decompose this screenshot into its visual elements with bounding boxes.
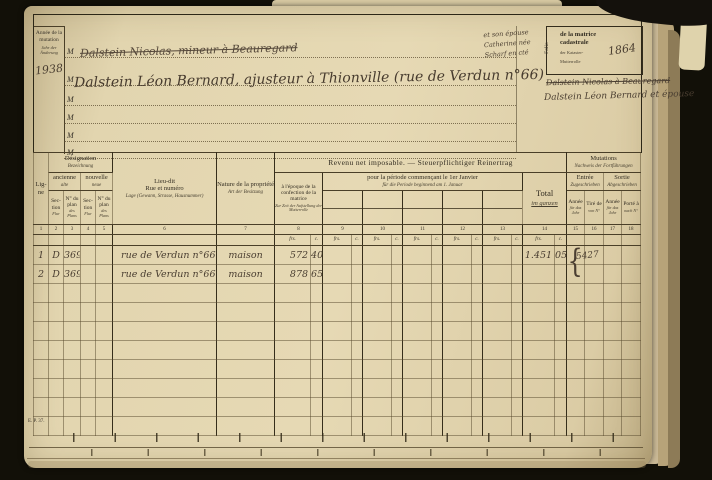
row-lieu-dit: rue de Verdun n°66 <box>113 246 217 265</box>
col-header-epoque: à l'époque de la confection de la matric… <box>275 173 323 225</box>
sortie-label-de: Abgeschrieben <box>604 183 640 189</box>
parcel-row: 1 D 369 rue de Verdun n°66 maison 572 40… <box>34 246 641 265</box>
row-section: D <box>49 246 64 265</box>
unit-c: c. <box>432 235 443 246</box>
periode-label-de: für die Periode beginnend am 1. Januar <box>323 183 522 189</box>
sheet-edge <box>29 447 643 448</box>
col-header-entree-tire: Tiré de von N° <box>585 191 604 225</box>
entree-label-de: Zugeschrieben <box>567 183 603 189</box>
lieu-label-fr2: Rue et numéro <box>113 185 216 192</box>
ligne-label: Lig- <box>34 181 48 188</box>
col-header-nouvelle: nouvelle neue <box>81 173 113 191</box>
folio-box: Folio de la matrice cadastrale der Katas… <box>546 26 643 75</box>
row-ligne: 2 <box>34 265 49 284</box>
row-revenu-c: 40 <box>311 246 323 265</box>
row-lieu-dit: rue de Verdun n°66 <box>113 265 217 284</box>
unit-c: c. <box>311 235 323 246</box>
plan-label-fr: N° du plan <box>96 196 112 209</box>
empty-row <box>34 341 641 360</box>
total-label-fr: Total <box>523 189 566 199</box>
nature-label-de: Art der Besitzung <box>217 190 274 196</box>
cadastral-register-scan: Année de la mutation Jahr der Änderung 1… <box>0 0 712 480</box>
folio-label-de2: Mutterrolle <box>560 59 596 65</box>
col-header-lieu-dit: Lieu-dit Rue et numéro Lage (Gewann, Str… <box>113 153 217 225</box>
col-header-plan-anc: N° du plan des Plans <box>64 191 81 225</box>
mutation-year-box: Année de la mutation Jahr der Änderung 1… <box>34 26 65 154</box>
unit-frs: frs. <box>323 235 352 246</box>
col-number: 1 <box>34 225 49 235</box>
row-plan: 369 <box>64 265 81 284</box>
col-header-sortie: Sortie Abgeschrieben <box>604 173 641 191</box>
col-header-plan-nouv: N° du plan des Plans <box>96 191 113 225</box>
row-total-c: 05 <box>555 246 567 265</box>
total-label-de: im ganzen <box>523 200 566 207</box>
unit-frs: frs. <box>443 235 472 246</box>
empty-row <box>34 322 641 341</box>
row-section: D <box>49 265 64 284</box>
nouvelle-label-fr: nouvelle <box>81 174 112 181</box>
mutations-label-fr: Mutations <box>567 155 640 162</box>
row-revenu-frs: 878 <box>275 265 311 284</box>
col-number: 6 <box>113 225 217 235</box>
lieu-label-de: Lage (Gewann, Strasse, Hausnummer) <box>113 194 216 200</box>
header-divider <box>516 26 517 153</box>
col-number: 9 <box>323 225 363 235</box>
empty-row <box>34 379 641 398</box>
ancienne-label-fr: ancienne <box>49 174 80 181</box>
annee-label-de: für das Jahr <box>567 206 584 216</box>
col-header-designation: Désignation Bezeichnung <box>49 153 113 173</box>
col-number: 3 <box>64 225 81 235</box>
parcel-table-grid: Lig- ne Désignation Bezeichnung Lieu-dit… <box>33 152 641 436</box>
folio-side-label: Folio <box>544 42 550 54</box>
entree-label-fr: Entrée <box>567 174 603 181</box>
plan-label-fr: N° du plan <box>64 196 80 209</box>
under-sheet-line-stubs <box>33 433 640 442</box>
owner-line: M <box>64 123 516 142</box>
period-year-box <box>443 191 483 225</box>
folio-label-de1: der Kataster- <box>560 50 596 56</box>
unit-c: c. <box>392 235 403 246</box>
empty-row <box>34 303 641 322</box>
row-nature: maison <box>217 265 275 284</box>
owner-line: M <box>64 105 516 124</box>
col-number: 17 <box>604 225 622 235</box>
section-label-de: Flur <box>49 212 63 217</box>
monsieur-prefix: M <box>67 113 74 122</box>
sheet-edge <box>27 458 645 459</box>
owner-header: Année de la mutation Jahr der Änderung 1… <box>33 14 642 153</box>
col-header-mutations: Mutations Nachweis der Fortführungen <box>567 153 641 173</box>
col-header-entree-annee: Année für das Jahr <box>567 191 585 225</box>
parcel-row: 2 D 369 rue de Verdun n°66 maison 878 65 <box>34 265 641 284</box>
under-sheet-line-stubs <box>36 449 636 456</box>
col-header-revenu-band: Revenu net imposable. — Steuerpflichtige… <box>275 153 567 173</box>
row-ligne: 1 <box>34 246 49 265</box>
section-label-fr: Sec-tion <box>81 198 95 211</box>
register-page: Année de la mutation Jahr der Änderung 1… <box>24 6 652 468</box>
col-header-section-anc: Sec-tion Flur <box>49 191 64 225</box>
folio-label-fr1: de la matrice <box>560 31 596 39</box>
col-number: 16 <box>585 225 604 235</box>
owner-line: M Dalstein Léon Bernard, ajusteur à Thio… <box>64 57 516 86</box>
monsieur-prefix: M <box>67 47 74 56</box>
mutation-year-label-fr: Année de la mutation <box>34 30 64 43</box>
mutation-year-value: 1938 <box>33 62 64 78</box>
col-number: 13 <box>483 225 523 235</box>
empty-row <box>34 360 641 379</box>
monsieur-prefix: M <box>67 95 74 104</box>
lieu-label-fr1: Lieu-dit <box>113 178 216 185</box>
tire-label-fr: Tiré de <box>585 201 603 207</box>
col-header-entree: Entrée Zugeschrieben <box>567 173 604 191</box>
designation-label-de: Bezeichnung <box>49 164 112 170</box>
row-revenu-frs: 572 <box>275 246 311 265</box>
unit-c: c. <box>512 235 523 246</box>
col-number: 10 <box>363 225 403 235</box>
folio-label-fr2: cadastrale <box>560 39 596 47</box>
unit-frs: frs. <box>483 235 512 246</box>
col-header-sortie-annee: Année für das Jahr <box>604 191 622 225</box>
porte-label-fr: Porté à <box>622 201 640 207</box>
tire-label-de: von N° <box>585 209 603 214</box>
porte-label-de: nach N° <box>622 209 640 214</box>
col-number: 12 <box>443 225 483 235</box>
period-year-box <box>323 191 363 225</box>
row-revenu-c: 65 <box>311 265 323 284</box>
col-header-ligne: Lig- ne <box>34 153 49 225</box>
parcel-table: Lig- ne Désignation Bezeichnung Lieu-dit… <box>33 152 640 436</box>
empty-row <box>34 398 641 417</box>
monsieur-prefix: M <box>67 75 74 84</box>
ligne-label: ne <box>34 189 48 196</box>
col-header-total: Total im ganzen <box>523 173 567 225</box>
period-year-box <box>363 191 403 225</box>
col-number: 5 <box>96 225 113 235</box>
monsieur-prefix: M <box>67 131 74 140</box>
col-number: 8 <box>275 225 323 235</box>
periode-label-fr: pour la période commençant le 1er Janvie… <box>323 174 522 181</box>
col-header-ancienne: ancienne alte <box>49 173 81 191</box>
plan-label-de: des Plans <box>96 209 112 219</box>
plan-label-de: des Plans <box>64 209 80 219</box>
folio-number: 1864 <box>607 41 637 58</box>
row-nature: maison <box>217 246 275 265</box>
row-total-frs: 1.451 <box>523 246 555 265</box>
unit-c: c. <box>555 235 567 246</box>
col-header-sortie-porte: Porté à nach N° <box>622 191 641 225</box>
unit-c: c. <box>472 235 483 246</box>
sheet-edge-band <box>28 461 646 468</box>
section-label-fr: Sec-tion <box>49 198 63 211</box>
row-plan: 369 <box>64 246 81 265</box>
col-header-periode: pour la période commençant le 1er Janvie… <box>323 173 523 191</box>
col-number: 2 <box>49 225 64 235</box>
column-number-row: 1 2 3 4 5 6 7 8 9 10 11 12 13 14 15 16 1 <box>34 225 641 235</box>
unit-frs: frs. <box>275 235 311 246</box>
ancienne-label-de: alte <box>49 183 80 189</box>
unit-c: c. <box>352 235 363 246</box>
period-year-box <box>483 191 523 225</box>
empty-row <box>34 284 641 303</box>
epoque-label-de: Zur Zeit der Aufstellung der Mutterrolle <box>275 204 322 214</box>
unit-frs: frs. <box>403 235 432 246</box>
col-number: 7 <box>217 225 275 235</box>
col-number: 15 <box>567 225 585 235</box>
designation-label-fr: Désignation <box>49 155 112 162</box>
annee-label-de: für das Jahr <box>604 206 621 216</box>
epoque-label-fr: à l'époque de la confection de la matric… <box>275 184 322 203</box>
mutations-label-de: Nachweis der Fortführungen <box>567 164 640 170</box>
col-number: 18 <box>622 225 641 235</box>
sortie-label-fr: Sortie <box>604 174 640 181</box>
printer-mark: E. P. 37. <box>28 419 45 424</box>
unit-frs: frs. <box>363 235 392 246</box>
section-label-de: Flur <box>81 212 95 217</box>
mutation-year-label-de: Jahr der Änderung <box>34 45 64 55</box>
owner-line: M <box>64 85 516 106</box>
col-header-section-nouv: Sec-tion Flur <box>81 191 96 225</box>
col-number: 4 <box>81 225 96 235</box>
col-number: 11 <box>403 225 443 235</box>
nature-label-fr: Nature de la propriété <box>217 181 274 188</box>
folio-labels: de la matrice cadastrale der Kataster- M… <box>560 31 596 65</box>
col-header-nature: Nature de la propriété Art der Besitzung <box>217 153 275 225</box>
period-year-box <box>403 191 443 225</box>
col-number: 14 <box>523 225 567 235</box>
units-row: frs. c. frs. c. frs. c. frs. c. frs. c. … <box>34 235 641 246</box>
owner-line: M Dalstein Nicolas, mineur à Beauregard <box>64 33 516 58</box>
nouvelle-label-de: neue <box>81 183 112 189</box>
unit-frs: frs. <box>523 235 555 246</box>
